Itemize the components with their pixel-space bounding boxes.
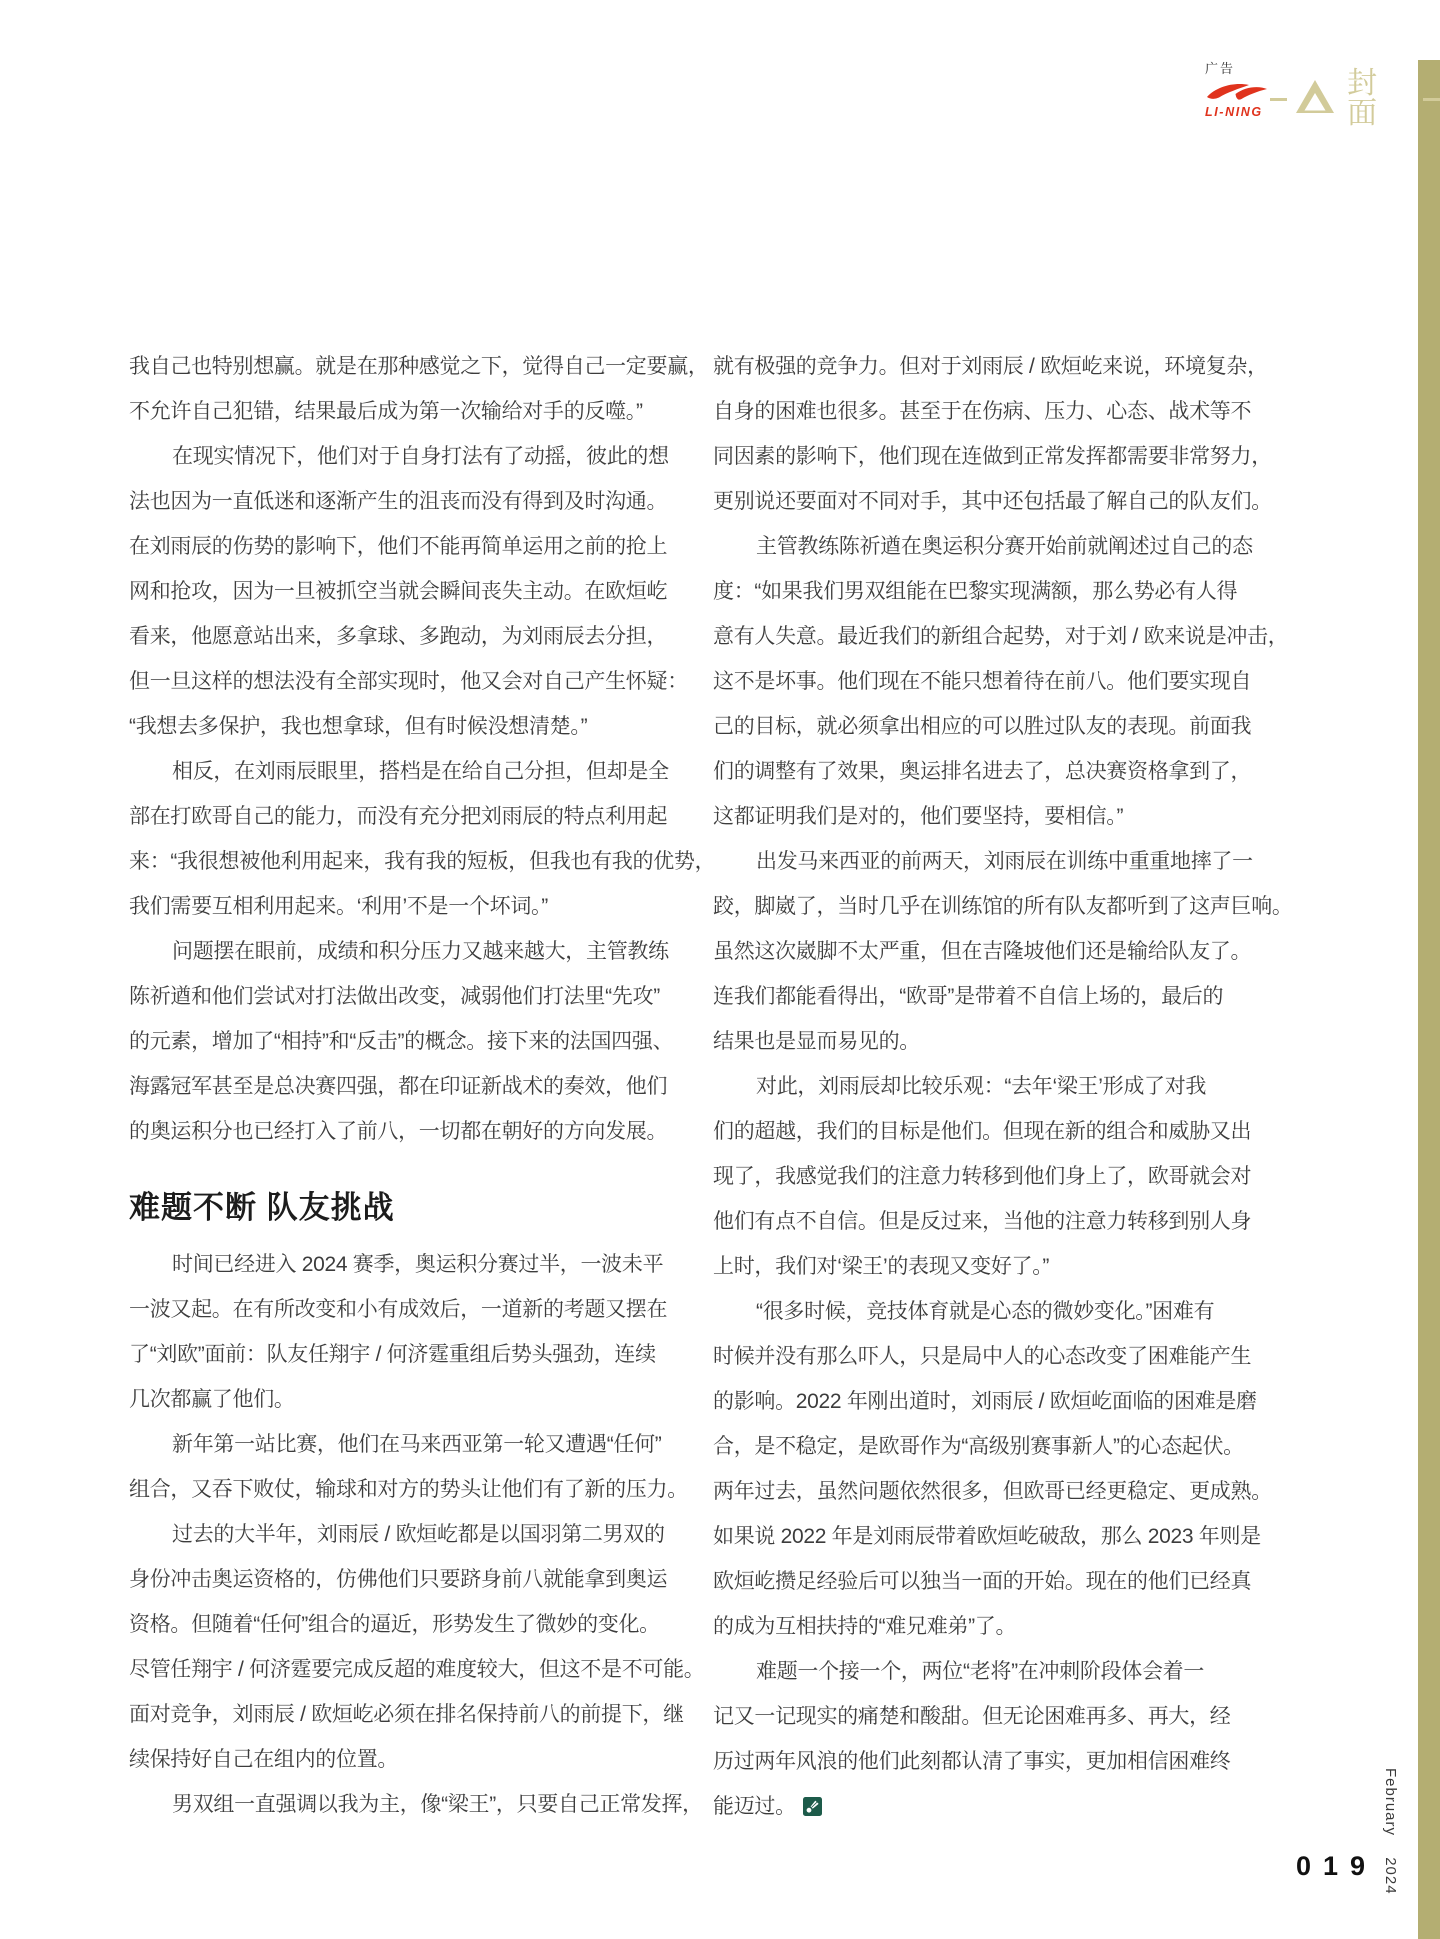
text-line: 在刘雨辰的伤势的影响下，他们不能再简单运用之前的抢上 — [129, 524, 701, 569]
text-line: 法也因为一直低迷和逐渐产生的沮丧而没有得到及时沟通。 — [129, 479, 701, 524]
text-line: 几次都赢了他们。 — [129, 1377, 701, 1422]
text-line: 了“刘欧”面前：队友任翔宇 / 何济霆重组后势头强劲，连续 — [129, 1332, 701, 1377]
cover-triangle-icon — [1296, 80, 1334, 118]
magazine-page: 广告 LI-NING 封面 我自己也特别想赢。就是在那种感觉之下，觉得自己一定要… — [0, 0, 1440, 1939]
text-line: 面对竞争，刘雨辰 / 欧烜屹必须在排名保持前八的前提下，继 — [129, 1692, 701, 1737]
text-line: 的元素，增加了“相持”和“反击”的概念。接下来的法国四强、 — [129, 1019, 701, 1064]
text-line: 就有极强的竞争力。但对于刘雨辰 / 欧烜屹来说，环境复杂， — [713, 344, 1285, 389]
text-line: 看来，他愿意站出来，多拿球、多跑动，为刘雨辰去分担， — [129, 614, 701, 659]
left-column: 我自己也特别想赢。就是在那种感觉之下，觉得自己一定要赢，不允许自己犯错，结果最后… — [129, 344, 701, 1829]
text-line: 但一旦这样的想法没有全部实现时，他又会对自己产生怀疑： — [129, 659, 701, 704]
text-line: 的成为互相扶持的“难兄难弟”了。 — [713, 1604, 1285, 1649]
right-column-lines: 就有极强的竞争力。但对于刘雨辰 / 欧烜屹来说，环境复杂，自身的困难也很多。甚至… — [713, 344, 1285, 1829]
text-line: 主管教练陈祈遒在奥运积分赛开始前就阐述过自己的态 — [713, 524, 1285, 569]
text-line: 时间已经进入 2024 赛季，奥运积分赛过半，一波未平 — [129, 1242, 701, 1287]
text-line: 们的调整有了效果，奥运排名进去了，总决赛资格拿到了， — [713, 749, 1285, 794]
text-line: 一波又起。在有所改变和小有成效后，一道新的考题又摆在 — [129, 1287, 701, 1332]
page-number: 019 — [1296, 1851, 1377, 1882]
text-line: 自身的困难也很多。甚至于在伤病、压力、心态、战术等不 — [713, 389, 1285, 434]
text-line: “很多时候，竞技体育就是心态的微妙变化。”困难有 — [713, 1289, 1285, 1334]
cover-section-header: 封面 — [1270, 78, 1440, 120]
text-line: 合，是不稳定，是欧哥作为“高级别赛事新人”的心态起伏。 — [713, 1424, 1285, 1469]
text-line: 这都证明我们是对的，他们要坚持，要相信。” — [713, 794, 1285, 839]
text-line: 的影响。2022 年刚出道时，刘雨辰 / 欧烜屹面临的困难是磨 — [713, 1379, 1285, 1424]
text-line: 现了，我感觉我们的注意力转移到他们身上了，欧哥就会对 — [713, 1154, 1285, 1199]
text-line: 意有人失意。最近我们的新组合起势，对于刘 / 欧来说是冲击， — [713, 614, 1285, 659]
text-line: 上时，我们对‘梁王’的表现又变好了。” — [713, 1244, 1285, 1289]
text-line: 我们需要互相利用起来。‘利用’不是一个坏词。” — [129, 884, 701, 929]
ad-label: 广告 — [1205, 58, 1275, 77]
text-line: 记又一记现实的痛楚和酸甜。但无论困难再多、再大，经 — [713, 1694, 1285, 1739]
text-line: 我自己也特别想赢。就是在那种感觉之下，觉得自己一定要赢， — [129, 344, 701, 389]
dash-left — [1270, 98, 1287, 101]
text-line: 问题摆在眼前，成绩和积分压力又越来越大，主管教练 — [129, 929, 701, 974]
text-line: 这不是坏事。他们现在不能只想着待在前八。他们要实现自 — [713, 659, 1285, 704]
text-line: 对此，刘雨辰却比较乐观：“去年‘梁王’形成了对我 — [713, 1064, 1285, 1109]
text-line: 结果也是显而易见的。 — [713, 1019, 1285, 1064]
text-line: 更别说还要面对不同对手，其中还包括最了解自己的队友们。 — [713, 479, 1285, 524]
left-column-part1: 我自己也特别想赢。就是在那种感觉之下，觉得自己一定要赢，不允许自己犯错，结果最后… — [129, 344, 701, 1154]
text-line: 己的目标，就必须拿出相应的可以胜过队友的表现。前面我 — [713, 704, 1285, 749]
text-line: 度：“如果我们男双组能在巴黎实现满额，那么势必有人得 — [713, 569, 1285, 614]
text-line: “我想去多保护，我也想拿球，但有时候没想清楚。” — [129, 704, 701, 749]
text-line: 如果说 2022 年是刘雨辰带着欧烜屹破敌，那么 2023 年则是 — [713, 1514, 1285, 1559]
text-line: 的奥运积分也已经打入了前八，一切都在朝好的方向发展。 — [129, 1109, 701, 1154]
left-column-part2: 时间已经进入 2024 赛季，奥运积分赛过半，一波未平一波又起。在有所改变和小有… — [129, 1242, 701, 1827]
text-line: 部在打欧哥自己的能力，而没有充分把刘雨辰的特点利用起 — [129, 794, 701, 839]
text-line: 他们有点不自信。但是反过来，当他的注意力转移到别人身 — [713, 1199, 1285, 1244]
text-line: 能迈过。 — [713, 1784, 1285, 1829]
text-line: 出发马来西亚的前两天，刘雨辰在训练中重重地摔了一 — [713, 839, 1285, 884]
text-line: 来：“我很想被他利用起来，我有我的短板，但我也有我的优势， — [129, 839, 701, 884]
text-line: 海露冠军甚至是总决赛四强，都在印证新战术的奏效，他们 — [129, 1064, 701, 1109]
text-line: 陈祈遒和他们尝试对打法做出改变，减弱他们打法里“先攻” — [129, 974, 701, 1019]
issue-date: February 2024 — [1382, 1768, 1399, 1918]
text-line: 组合，又吞下败仗，输球和对方的势头让他们有了新的压力。 — [129, 1467, 701, 1512]
brand-block: 广告 LI-NING — [1205, 58, 1275, 125]
text-line: 历过两年风浪的他们此刻都认清了事实，更加相信困难终 — [713, 1739, 1285, 1784]
shuttlecock-endmark-icon — [803, 1787, 822, 1832]
svg-text:LI-NING: LI-NING — [1205, 105, 1263, 119]
text-line: 尽管任翔宇 / 何济霆要完成反超的难度较大，但这不是不可能。 — [129, 1647, 701, 1692]
text-line: 网和抢攻，因为一旦被抓空当就会瞬间丧失主动。在欧烜屹 — [129, 569, 701, 614]
text-line: 时候并没有那么吓人，只是局中人的心态改变了困难能产生 — [713, 1334, 1285, 1379]
text-line: 过去的大半年，刘雨辰 / 欧烜屹都是以国羽第二男双的 — [129, 1512, 701, 1557]
text-line: 相反，在刘雨辰眼里，搭档是在给自己分担，但却是全 — [129, 749, 701, 794]
right-column: 就有极强的竞争力。但对于刘雨辰 / 欧烜屹来说，环境复杂，自身的困难也很多。甚至… — [713, 344, 1285, 1829]
text-line: 男双组一直强调以我为主，像“梁王”，只要自己正常发挥， — [129, 1782, 701, 1827]
text-line: 欧烜屹攒足经验后可以独当一面的开始。现在的他们已经真 — [713, 1559, 1285, 1604]
text-line: 们的超越，我们的目标是他们。但现在新的组合和威胁又出 — [713, 1109, 1285, 1154]
text-line: 在现实情况下，他们对于自身打法有了动摇，彼此的想 — [129, 434, 701, 479]
text-line: 连我们都能看得出，“欧哥”是带着不自信上场的，最后的 — [713, 974, 1285, 1019]
text-line: 虽然这次崴脚不太严重，但在吉隆坡他们还是输给队友了。 — [713, 929, 1285, 974]
cover-label: 封面 — [1343, 69, 1414, 129]
text-line: 身份冲击奥运资格的，仿佛他们只要跻身前八就能拿到奥运 — [129, 1557, 701, 1602]
page-edge-strip — [1418, 60, 1440, 1939]
text-line: 难题一个接一个，两位“老将”在冲刺阶段体会着一 — [713, 1649, 1285, 1694]
text-line: 不允许自己犯错，结果最后成为第一次输给对手的反噬。” — [129, 389, 701, 434]
text-line: 新年第一站比赛，他们在马来西亚第一轮又遭遇“任何” — [129, 1422, 701, 1467]
article-body: 我自己也特别想赢。就是在那种感觉之下，觉得自己一定要赢，不允许自己犯错，结果最后… — [129, 344, 1285, 1829]
text-line: 两年过去，虽然问题依然很多，但欧哥已经更稳定、更成熟。 — [713, 1469, 1285, 1514]
text-line: 续保持好自己在组内的位置。 — [129, 1737, 701, 1782]
text-line: 资格。但随着“任何”组合的逼近，形势发生了微妙的变化。 — [129, 1602, 701, 1647]
section-heading: 难题不断 队友挑战 — [129, 1188, 701, 1228]
dash-right — [1423, 98, 1440, 101]
text-line: 同因素的影响下，他们现在连做到正常发挥都需要非常努力， — [713, 434, 1285, 479]
text-line: 跤，脚崴了，当时几乎在训练馆的所有队友都听到了这声巨响。 — [713, 884, 1285, 929]
lining-swoosh-icon: LI-NING — [1205, 80, 1275, 125]
